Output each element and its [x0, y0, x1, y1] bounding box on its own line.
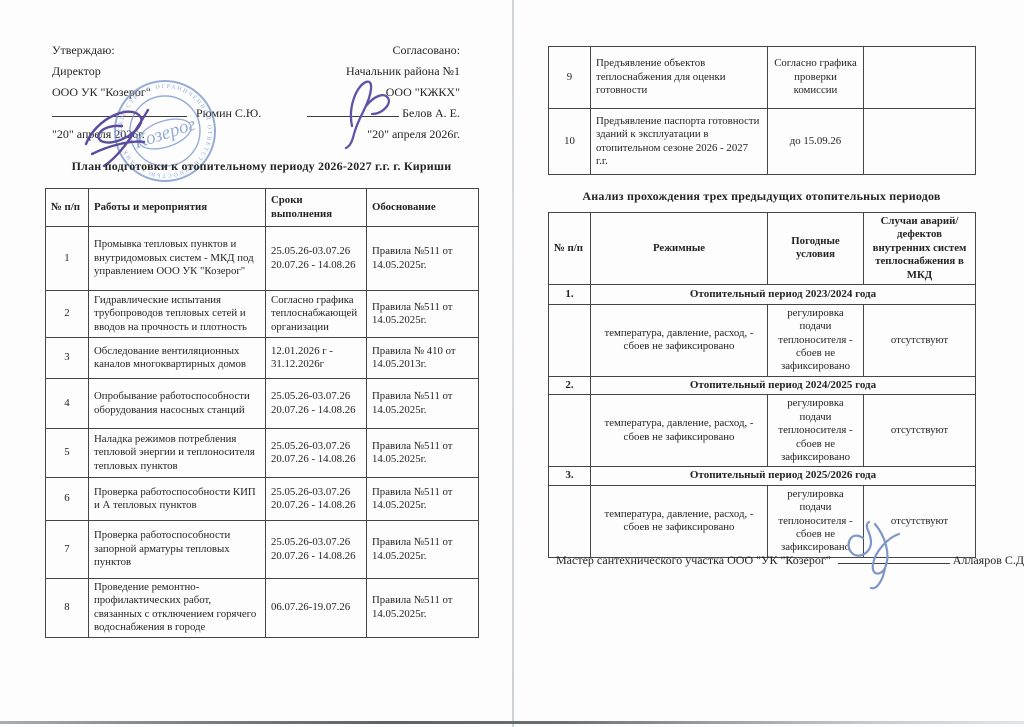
- plan-table: № п/п Работы и мероприятия Сроки выполне…: [45, 188, 479, 638]
- cell-num: 4: [46, 379, 89, 429]
- cell-dates: до 15.09.26: [768, 109, 864, 175]
- table-row: 6 Проверка работоспособности КИП и А теп…: [46, 478, 479, 521]
- agree-heading: Согласовано:: [260, 40, 460, 61]
- table-row: 2 Гидравлические испытания трубопроводов…: [46, 291, 479, 338]
- cell-basis: [864, 109, 976, 175]
- cell-num: 1: [46, 227, 89, 291]
- col-header-weather: Погодные условия: [768, 213, 864, 285]
- col-header-regime: Режимные: [591, 213, 768, 285]
- table-row: 3 Обследование вентиляционных каналов мн…: [46, 338, 479, 379]
- cell-num: [549, 485, 591, 557]
- cell-work: Гидравлические испытания трубопроводов т…: [89, 291, 266, 338]
- agree-signature-row: Белов А. Е.: [260, 103, 460, 124]
- cell-num: 10: [549, 109, 591, 175]
- period-num: 2.: [549, 376, 591, 395]
- cell-num: 6: [46, 478, 89, 521]
- analysis-table: № п/п Режимные Погодные условия Случаи а…: [548, 212, 976, 558]
- agree-block: Согласовано: Начальник района №1 ООО "КЖ…: [260, 40, 460, 145]
- footer-signer-name: Аллаяров С.Д.: [953, 553, 1024, 567]
- period-title: Отопительный период 2024/2025 года: [591, 376, 976, 395]
- cell-num: 8: [46, 579, 89, 638]
- analysis-header-row: № п/п Режимные Погодные условия Случаи а…: [549, 213, 976, 285]
- cell-work: Опробывание работоспособности оборудован…: [89, 379, 266, 429]
- footer-label: Мастер сантехнического участка ООО "УК "…: [556, 553, 831, 567]
- signature-line: [838, 550, 950, 564]
- page-title: План подготовки к отопительному периоду …: [45, 159, 478, 174]
- cell-basis: Правила №511 от 14.05.2025г.: [367, 291, 479, 338]
- cell-basis: Правила №511 от 14.05.2025г.: [367, 429, 479, 478]
- cell-basis: [864, 47, 976, 109]
- analysis-title: Анализ прохождения трех предыдущих отопи…: [548, 189, 975, 204]
- cell-work: Проведение ремонтно-профилактических раб…: [89, 579, 266, 638]
- table-row: 4 Опробывание работоспособности оборудов…: [46, 379, 479, 429]
- agree-role: Начальник района №1: [260, 61, 460, 82]
- period-row: 3. Отопительный период 2025/2026 года: [549, 467, 976, 486]
- cell-num: 7: [46, 521, 89, 579]
- cell-num: 3: [46, 338, 89, 379]
- footer-signoff: Мастер сантехнического участка ООО "УК "…: [556, 550, 1024, 568]
- agree-date: "20" апреля 2026г.: [260, 124, 460, 145]
- cell-dates: 12.01.2026 г - 31.12.2026г: [266, 338, 367, 379]
- cell-dates: Согласно графика теплоснабжающей организ…: [266, 291, 367, 338]
- cell-work: Проверка работоспособности КИП и А тепло…: [89, 478, 266, 521]
- cell-basis: Правила №511 от 14.05.2025г.: [367, 379, 479, 429]
- scanned-document: { "document": { "page_left": { "approve"…: [0, 0, 1024, 727]
- table-row: 10 Предъявление паспорта готовности здан…: [549, 109, 976, 175]
- col-header-defects: Случаи аварий/дефектов внутренних систем…: [864, 213, 976, 285]
- col-header-dates: Сроки выполнения: [266, 189, 367, 227]
- cell-work: Наладка режимов потребления тепловой эне…: [89, 429, 266, 478]
- cell-basis: Правила №511 от 14.05.2025г.: [367, 227, 479, 291]
- cell-basis: Правила № 410 от 14.05.2013г.: [367, 338, 479, 379]
- table-row: 5 Наладка режимов потребления тепловой э…: [46, 429, 479, 478]
- cell-weather: регулировка подачи теплоносителя - сбоев…: [768, 304, 864, 376]
- page-left: Утверждаю: Директор ООО УК "Козерог" Рюм…: [0, 0, 513, 727]
- agree-org: ООО "КЖКХ": [260, 82, 460, 103]
- period-row: 1. Отопительный период 2023/2024 года: [549, 284, 976, 304]
- col-header-num: № п/п: [549, 213, 591, 285]
- page-right: 9 Предъявление объектов теплоснабжения д…: [513, 0, 1024, 727]
- cell-num: 9: [549, 47, 591, 109]
- cell-basis: Правила №511 от 14.05.2025г.: [367, 478, 479, 521]
- cell-dates: 25.05.26-03.07.26 20.07.26 - 14.08.26: [266, 521, 367, 579]
- period-data-row: температура, давление, расход, - сбоев н…: [549, 304, 976, 376]
- plan-table-continued: 9 Предъявление объектов теплоснабжения д…: [548, 46, 976, 175]
- cell-regime: температура, давление, расход, - сбоев н…: [591, 485, 768, 557]
- cell-defects: отсутствуют: [864, 395, 976, 467]
- cell-dates: 25.05.26-03.07.26 20.07.26 - 14.08.26: [266, 379, 367, 429]
- cell-weather: регулировка подачи теплоносителя - сбоев…: [768, 395, 864, 467]
- approve-heading: Утверждаю:: [52, 40, 261, 61]
- period-num: 3.: [549, 467, 591, 486]
- table-row: 8 Проведение ремонтно-профилактических р…: [46, 579, 479, 638]
- period-row: 2. Отопительный период 2024/2025 года: [549, 376, 976, 395]
- table-row: 9 Предъявление объектов теплоснабжения д…: [549, 47, 976, 109]
- cell-num: 2: [46, 291, 89, 338]
- period-title: Отопительный период 2025/2026 года: [591, 467, 976, 486]
- signature-line: [307, 103, 399, 117]
- cell-num: [549, 304, 591, 376]
- cell-dates: 06.07.26-19.07.26: [266, 579, 367, 638]
- cell-work: Предъявление объектов теплоснабжения для…: [591, 47, 768, 109]
- cell-dates: 25.05.26-03.07.26 20.07.26 - 14.08.26: [266, 227, 367, 291]
- period-num: 1.: [549, 284, 591, 304]
- cell-dates: 25.05.26-03.07.26 20.07.26 - 14.08.26: [266, 478, 367, 521]
- period-data-row: температура, давление, расход, - сбоев н…: [549, 485, 976, 557]
- cell-weather: регулировка подачи теплоносителя - сбоев…: [768, 485, 864, 557]
- scan-edge-artifact: [0, 721, 1024, 724]
- cell-work: Проверка работоспособности запорной арма…: [89, 521, 266, 579]
- cell-dates: 25.05.26-03.07.26 20.07.26 - 14.08.26: [266, 429, 367, 478]
- cell-num: [549, 395, 591, 467]
- cell-basis: Правила №511 от 14.05.2025г.: [367, 579, 479, 638]
- cell-work: Предъявление паспорта готовности зданий …: [591, 109, 768, 175]
- cell-basis: Правила №511 от 14.05.2025г.: [367, 521, 479, 579]
- agree-signer-name: Белов А. Е.: [402, 106, 460, 120]
- period-data-row: температура, давление, расход, - сбоев н…: [549, 395, 976, 467]
- table-row: 7 Проверка работоспособности запорной ар…: [46, 521, 479, 579]
- col-header-num: № п/п: [46, 189, 89, 227]
- plan-table-header-row: № п/п Работы и мероприятия Сроки выполне…: [46, 189, 479, 227]
- cell-work: Промывка тепловых пунктов и внутридомовы…: [89, 227, 266, 291]
- period-title: Отопительный период 2023/2024 года: [591, 284, 976, 304]
- cell-defects: отсутствуют: [864, 485, 976, 557]
- cell-regime: температура, давление, расход, - сбоев н…: [591, 395, 768, 467]
- cell-dates: Согласно графика проверки комиссии: [768, 47, 864, 109]
- cell-defects: отсутствуют: [864, 304, 976, 376]
- cell-num: 5: [46, 429, 89, 478]
- table-row: 1 Промывка тепловых пунктов и внутридомо…: [46, 227, 479, 291]
- cell-regime: температура, давление, расход, - сбоев н…: [591, 304, 768, 376]
- col-header-basis: Обоснование: [367, 189, 479, 227]
- cell-work: Обследование вентиляционных каналов мног…: [89, 338, 266, 379]
- col-header-work: Работы и мероприятия: [89, 189, 266, 227]
